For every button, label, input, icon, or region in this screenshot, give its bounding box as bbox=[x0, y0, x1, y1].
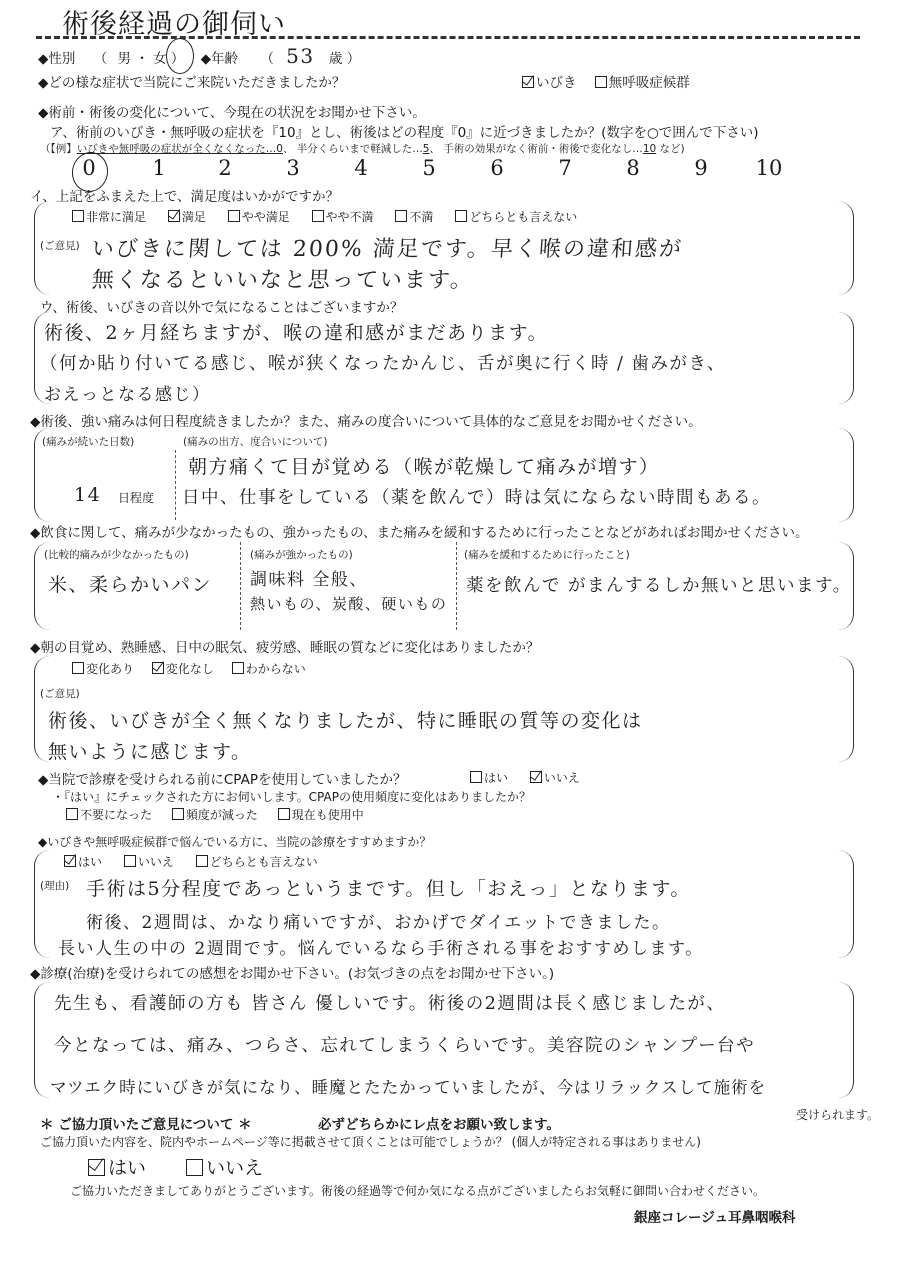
cpap-option-yes[interactable]: はい bbox=[470, 769, 508, 786]
gender-label: ◆性別 bbox=[38, 51, 75, 67]
checkbox-icon bbox=[124, 855, 136, 867]
improvement-scale: 012345678910 bbox=[68, 156, 790, 180]
scale-option[interactable]: 5 bbox=[408, 156, 450, 180]
pain-days-unit: 日程度 bbox=[118, 489, 154, 506]
sleep-option[interactable]: 変化なし bbox=[152, 660, 214, 677]
other-concerns-line[interactable]: おえっとなる感じ） bbox=[44, 380, 211, 405]
scale-option[interactable]: 4 bbox=[340, 156, 382, 180]
recommend-option-neutral[interactable]: どちらとも言えない bbox=[196, 853, 318, 870]
sleep-question: ◆朝の目覚め、熟睡感、日中の眠気、疲労感、睡眠の質などに変化はありましたか？ bbox=[30, 636, 539, 656]
checkbox-icon bbox=[196, 855, 208, 867]
recommend-option-no[interactable]: いいえ bbox=[124, 853, 174, 870]
satisfaction-option[interactable]: 非常に満足 bbox=[72, 208, 146, 225]
checkbox-icon bbox=[232, 662, 244, 674]
recommend-options: はい いいえ どちらとも言えない bbox=[64, 853, 340, 870]
change-example: （【例】いびきや無呼吸の症状が全くなくなった…0、 半分くらいまで軽減した…5、… bbox=[40, 141, 685, 156]
checkbox-icon bbox=[172, 808, 184, 820]
symptom-options: いびき 無呼吸症候群 bbox=[522, 71, 712, 91]
food-col3-label: (痛みを緩和するために行ったこと) bbox=[464, 547, 630, 562]
clinic-name: 銀座コレージュ耳鼻咽喉科 bbox=[634, 1206, 795, 1226]
checkbox-icon bbox=[312, 210, 324, 222]
other-concerns-line[interactable]: （何か貼り付いてる感じ、喉が狭くなったかんじ、舌が奥に行く時 / 歯みがき、 bbox=[40, 350, 726, 375]
impression-question: ◆診療(治療)を受けられての感想をお聞かせ下さい。(お気づきの点をお聞かせ下さい… bbox=[30, 962, 554, 982]
impression-line[interactable]: 先生も、看護師の方も 皆さん 優しいです。術後の2週間は長く感じましたが、 bbox=[54, 990, 725, 1015]
scale-option[interactable]: 8 bbox=[612, 156, 654, 180]
satisfaction-comment-label: (ご意見) bbox=[40, 238, 80, 253]
pain-question: ◆術後、強い痛みは何日程度続きましたか？また、痛みの度合いについて具体的なご意見… bbox=[30, 410, 702, 430]
gender-option-male[interactable]: 男 bbox=[117, 51, 131, 67]
checkbox-checked-icon bbox=[88, 1159, 105, 1176]
checkbox-icon bbox=[595, 76, 607, 88]
change-heading: ◆術前・術後の変化について、今現在の状況をお聞かせ下さい。 bbox=[38, 101, 426, 121]
pain-column-divider bbox=[175, 450, 176, 520]
impression-line[interactable]: 今となっては、痛み、つらさ、忘れてしまうくらいです。美容院のシャンプー台や bbox=[54, 1032, 755, 1057]
cpap-followup: ・『はい』にチェックされた方にお伺いします。CPAPの使用頻度に変化はありました… bbox=[52, 788, 531, 805]
satisfaction-option[interactable]: やや満足 bbox=[228, 208, 290, 225]
food-col2-label: (痛みが強かったもの) bbox=[250, 547, 353, 562]
gender-option-female[interactable]: 女 bbox=[153, 51, 167, 67]
scale-option[interactable]: 2 bbox=[204, 156, 246, 180]
recommend-reason-line[interactable]: 術後、2週間は、かなり痛いですが、おかげでダイエットできました。 bbox=[86, 908, 670, 933]
cpap-followup-option[interactable]: 現在も使用中 bbox=[278, 806, 364, 823]
pain-detail-line[interactable]: 朝方痛くて目が覚める（喉が乾燥して痛みが増す） bbox=[188, 452, 660, 479]
checkbox-checked-icon bbox=[168, 210, 180, 222]
female-selected-circle bbox=[166, 38, 194, 74]
pain-days-value[interactable]: 14 bbox=[74, 484, 101, 506]
cpap-option-no[interactable]: いいえ bbox=[530, 769, 580, 786]
thanks-message: ご協力いただきましてありがとうございます。術後の経過等で何か気になる点がございま… bbox=[70, 1182, 765, 1199]
checkbox-checked-icon bbox=[522, 76, 534, 88]
food-question: ◆飲食に関して、痛みが少なかったもの、強かったもの、また痛みを緩和するために行っ… bbox=[30, 521, 809, 541]
checkbox-icon bbox=[72, 210, 84, 222]
satisfaction-options: 非常に満足 満足 やや満足 やや不満 不満 どちらとも言えない bbox=[72, 208, 599, 225]
scale-option[interactable]: 1 bbox=[138, 156, 180, 180]
header-divider bbox=[36, 36, 860, 39]
recommend-reason-line[interactable]: 手術は5分程度であっというまです。但し「おえっ」となります。 bbox=[86, 874, 691, 901]
age-label: ◆年齢 bbox=[201, 51, 238, 67]
checkbox-icon bbox=[395, 210, 407, 222]
scale-option[interactable]: 3 bbox=[272, 156, 314, 180]
food-col1-line[interactable]: 米、柔らかいパン bbox=[48, 570, 212, 597]
cpap-options: はい いいえ bbox=[470, 769, 602, 786]
checkbox-icon bbox=[72, 662, 84, 674]
sleep-comment-line[interactable]: 無いように感じます。 bbox=[48, 737, 251, 764]
sleep-options: 変化あり 変化なし わからない bbox=[72, 660, 328, 677]
consent-title-left: ＊ ご協力頂いたご意見について ＊ bbox=[40, 1113, 252, 1133]
consent-question: ご協力頂いた内容を、院内やホームページ等に掲載させて頂くことは可能でしょうか？ … bbox=[40, 1133, 701, 1150]
sleep-option[interactable]: わからない bbox=[232, 660, 306, 677]
satisfaction-comment-line[interactable]: 無くなるといいなと思っています。 bbox=[91, 263, 475, 294]
pain-days-label: (痛みが続いた日数) bbox=[42, 434, 134, 449]
scale-option[interactable]: 9 bbox=[680, 156, 722, 180]
cpap-followup-option[interactable]: 不要になった bbox=[66, 806, 152, 823]
food-col1-label: (比較的痛みが少なかったもの) bbox=[44, 547, 189, 562]
consent-option-yes[interactable]: はい bbox=[88, 1153, 146, 1180]
satisfaction-comment-line[interactable]: いびきに関しては 200% 満足です。早く喉の違和感が bbox=[91, 232, 684, 263]
recommend-question: ◆いびきや無呼吸症候群で悩んでいる方に、当院の診療をすすめますか？ bbox=[38, 833, 431, 850]
food-column-divider bbox=[240, 542, 241, 630]
recommend-option-yes[interactable]: はい bbox=[64, 853, 102, 870]
food-column-divider bbox=[456, 542, 457, 630]
impression-line[interactable]: マツエク時にいびきが気になり、睡魔とたたかっていましたが、今はリラックスして施術… bbox=[50, 1074, 766, 1098]
food-col3-line[interactable]: 薬を飲んで がまんするしか無いと思います。 bbox=[466, 572, 852, 597]
other-concerns-line[interactable]: 術後、2ヶ月経ちますが、喉の違和感がまだあります。 bbox=[44, 318, 548, 345]
consent-options: はい いいえ bbox=[88, 1153, 285, 1180]
recommend-reason-line[interactable]: 長い人生の中の 2週間です。悩んでいるなら手術される事をおすすめします。 bbox=[58, 934, 704, 959]
pain-detail-label: (痛みの出方、度合いについて) bbox=[183, 434, 327, 449]
satisfaction-option[interactable]: 満足 bbox=[168, 208, 206, 225]
consent-option-no[interactable]: いいえ bbox=[186, 1153, 263, 1180]
checkbox-icon bbox=[186, 1159, 203, 1176]
sleep-option[interactable]: 変化あり bbox=[72, 660, 134, 677]
food-col2-line[interactable]: 熱いもの、炭酸、硬いもの bbox=[250, 593, 447, 614]
symptom-option-apnea[interactable]: 無呼吸症候群 bbox=[595, 71, 690, 91]
checkbox-icon bbox=[228, 210, 240, 222]
satisfaction-option[interactable]: やや不満 bbox=[312, 208, 374, 225]
scale-option[interactable]: 7 bbox=[544, 156, 586, 180]
consent-title-right: 必ずどちらかにレ点をお願い致します。 bbox=[318, 1113, 560, 1133]
cpap-followup-options: 不要になった 頻度が減った 現在も使用中 bbox=[66, 806, 386, 823]
cpap-followup-option[interactable]: 頻度が減った bbox=[172, 806, 258, 823]
symptom-option-snoring[interactable]: いびき bbox=[522, 71, 577, 91]
scale-option[interactable]: 6 bbox=[476, 156, 518, 180]
food-col2-line[interactable]: 調味料 全般、 bbox=[250, 565, 368, 590]
change-sub-a: ア、術前のいびき・無呼吸の症状を『10』とし、術後はどの程度『0』に近づきました… bbox=[50, 121, 759, 141]
satisfaction-option[interactable]: どちらとも言えない bbox=[455, 208, 577, 225]
symptom-question: ◆どの様な症状で当院にご来院いただきましたか？ bbox=[38, 71, 345, 91]
pain-detail-line[interactable]: 日中、仕事をしている（薬を飲んで）時は気にならない時間もある。 bbox=[182, 484, 771, 509]
gender-age-row: ◆性別 （ 男 ・ 女 ） ◆年齢 （ 53 歳 ） bbox=[38, 44, 360, 68]
checkbox-checked-icon bbox=[152, 662, 164, 674]
checkbox-checked-icon bbox=[530, 771, 542, 783]
satisfaction-option[interactable]: 不満 bbox=[395, 208, 433, 225]
cpap-question: ◆当院で診療を受けられる前にCPAPを使用していましたか？ bbox=[38, 768, 406, 788]
checkbox-checked-icon bbox=[64, 855, 76, 867]
age-value[interactable]: 53 bbox=[286, 44, 314, 68]
checkbox-icon bbox=[66, 808, 78, 820]
recommend-reason-label: (理由) bbox=[40, 878, 69, 893]
scale-option[interactable]: 10 bbox=[748, 156, 790, 180]
sleep-comment-label: (ご意見) bbox=[40, 686, 80, 701]
checkbox-icon bbox=[278, 808, 290, 820]
checkbox-icon bbox=[470, 771, 482, 783]
sleep-comment-line[interactable]: 術後、いびきが全く無くなりましたが、特に睡眠の質等の変化は bbox=[48, 706, 643, 733]
impression-line[interactable]: 受けられます。 bbox=[796, 1106, 879, 1123]
checkbox-icon bbox=[455, 210, 467, 222]
